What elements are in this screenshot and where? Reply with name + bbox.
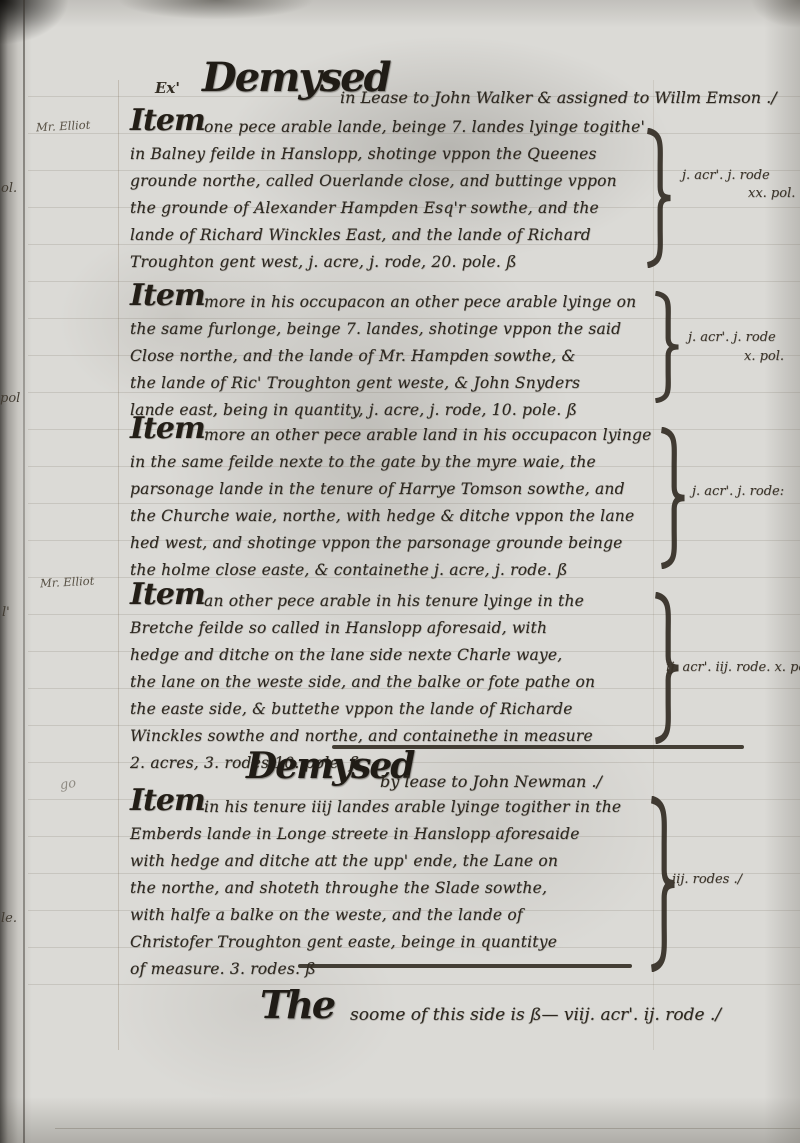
item-5-body: in his tenure iiij landes arable lyinge … [130,794,675,983]
item-3-body: more an other pece arable land in his oc… [130,422,675,584]
item-entry-2: Item more in his occupacon an other pece… [130,289,675,424]
footer-sum-text: soome of this side is ß— viij. acr'. ij.… [350,1004,780,1026]
edge-fragment: ol. [1,182,17,196]
flourish-line [298,964,632,968]
edge-fragment: l' [2,606,10,620]
margin-note-elliot-2: Mr. Elliot [40,575,95,591]
acreage-annotation-5: iij. rodes ./ [672,872,742,887]
acreage-annotation-1b: xx. pol. [748,186,795,201]
margin-note-pencil: go [59,777,77,793]
bottom-ruled-line [55,1128,800,1129]
heading-demysed-1-rest: in Lease to John Walker & assigned to Wi… [340,88,795,108]
left-margin-rule [118,80,119,1050]
item-word: Item [130,106,205,136]
acreage-annotation-2b: x. pol. [744,349,784,364]
item-word: Item [130,281,205,311]
brace-icon [652,291,682,403]
page-crease-line [23,0,25,1143]
acreage-annotation-2: j. acr'. j. rode [688,330,776,345]
edge-fragment: le. [1,912,17,926]
item-entry-1: Item one pece arable lande, beinge 7. la… [130,114,675,276]
acreage-annotation-3: j. acr'. j. rode: [692,484,784,499]
exam-mark: Ex' [155,80,180,96]
acreage-annotation-1: j. acr'. j. rode [682,168,770,183]
item-entry-3: Item more an other pece arable land in h… [130,422,675,584]
item-entry-5: Item in his tenure iiij landes arable ly… [130,794,675,983]
brace-icon [644,128,674,268]
item-word: Item [130,580,205,610]
heading-demysed-2-rest: by lease to John Newman ./ [380,772,710,792]
edge-fragment: pol [0,392,20,406]
item-1-body: one pece arable lande, beinge 7. landes … [130,114,675,276]
item-word: Item [130,414,205,444]
item-word: Item [130,786,205,816]
footer-the-word: The [260,986,334,1024]
margin-note-elliot-1: Mr. Elliot [36,119,91,135]
brace-icon [658,427,688,569]
item-2-body: more in his occupacon an other pece arab… [130,289,675,424]
manuscript-page: ol. pol l' le. Mr. Elliot Mr. Elliot go … [0,0,800,1143]
acreage-annotation-4: ij. acr'. iij. rode. x. pole [666,660,800,675]
